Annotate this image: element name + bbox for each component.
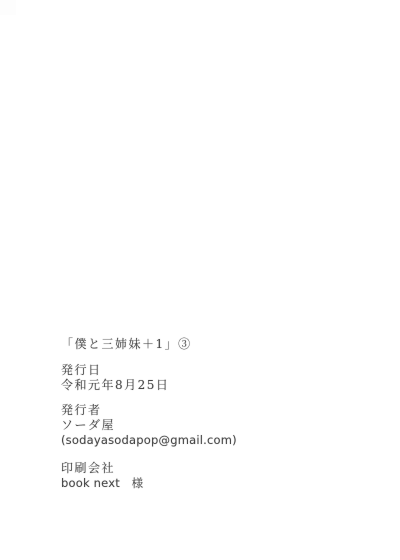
- publisher-email: (sodayasodapop@gmail.com): [61, 433, 237, 448]
- scanned-colophon-page: 「僕と三姉妹＋1」③ 発行日 令和元年8月25日 発行者 ソーダ屋 (soday…: [0, 0, 400, 560]
- book-title: 「僕と三姉妹＋1」③: [61, 337, 237, 352]
- scan-artifact-corner: [0, 0, 16, 15]
- publication-date-label: 発行日: [61, 363, 237, 378]
- colophon-text-block: 「僕と三姉妹＋1」③ 発行日 令和元年8月25日 発行者 ソーダ屋 (soday…: [61, 337, 237, 491]
- printer-group: 印刷会社 book next 様: [61, 461, 237, 491]
- publisher-label: 発行者: [61, 403, 237, 418]
- printer-label: 印刷会社: [61, 461, 237, 476]
- publication-date-value: 令和元年8月25日: [61, 378, 237, 393]
- publication-date-group: 発行日 令和元年8月25日: [61, 363, 237, 393]
- publisher-group: 発行者 ソーダ屋 (sodayasodapop@gmail.com): [61, 403, 237, 448]
- publisher-name: ソーダ屋: [61, 418, 237, 433]
- printer-name: book next 様: [61, 476, 237, 491]
